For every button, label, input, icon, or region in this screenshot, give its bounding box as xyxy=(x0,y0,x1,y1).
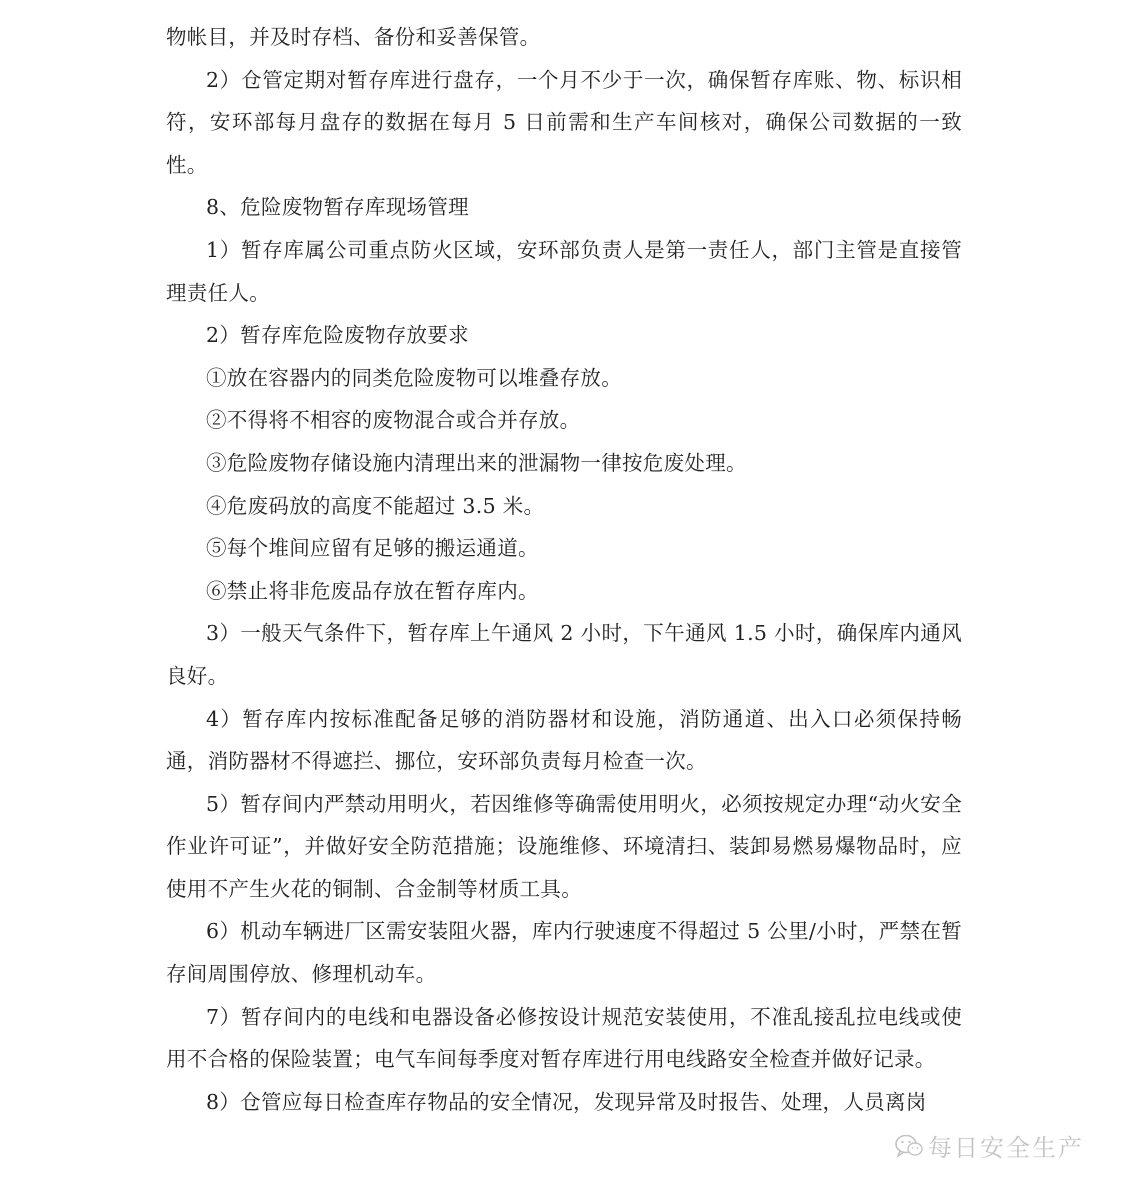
list-item-2: ②不得将不相容的废物混合或合并存放。 xyxy=(166,399,962,442)
paragraph-vehicles: 6）机动车辆进厂区需安装阻火器，库内行驶速度不得超过 5 公里/小时，严禁在暂存… xyxy=(166,910,962,995)
list-item-3: ③危险废物存储设施内清理出来的泄漏物一律按危废处理。 xyxy=(166,442,962,485)
section-heading-8: 8、危险废物暂存库现场管理 xyxy=(166,186,962,229)
watermark-text: 每日安全生产 xyxy=(928,1128,1084,1163)
document-page: 物帐目，并及时存档、备份和妥善保管。 2）仓管定期对暂存库进行盘存，一个月不少于… xyxy=(166,16,962,1123)
paragraph-inventory-check: 2）仓管定期对暂存库进行盘存，一个月不少于一次，确保暂存库账、物、标识相符，安环… xyxy=(166,59,962,187)
list-item-1: ①放在容器内的同类危险废物可以堆叠存放。 xyxy=(166,357,962,400)
list-item-5: ⑤每个堆间应留有足够的搬运通道。 xyxy=(166,527,962,570)
paragraph-open-flame: 5）暂存间内严禁动用明火，若因维修等确需使用明火，必须按规定办理“动火安全作业许… xyxy=(166,783,962,911)
watermark: 每日安全生产 xyxy=(894,1128,1084,1163)
wechat-icon xyxy=(894,1133,924,1159)
paragraph-daily-check: 8）仓管应每日检查库存物品的安全情况，发现异常及时报告、处理，人员离岗 xyxy=(166,1081,962,1124)
paragraph-storage-requirements: 2）暂存库危险废物存放要求 xyxy=(166,314,962,357)
list-item-6: ⑥禁止将非危废品存放在暂存库内。 xyxy=(166,570,962,613)
paragraph-fire-equipment: 4）暂存库内按标准配备足够的消防器材和设施，消防通道、出入口必须保持畅通，消防器… xyxy=(166,698,962,783)
paragraph-fire-zone: 1）暂存库属公司重点防火区域，安环部负责人是第一责任人，部门主管是直接管理责任人… xyxy=(166,229,962,314)
paragraph-electrical: 7）暂存间内的电线和电器设备必修按设计规范安装使用，不准乱接乱拉电线或使用不合格… xyxy=(166,996,962,1081)
list-item-4: ④危废码放的高度不能超过 3.5 米。 xyxy=(166,485,962,528)
paragraph-ventilation: 3）一般天气条件下，暂存库上午通风 2 小时，下午通风 1.5 小时，确保库内通… xyxy=(166,612,962,697)
paragraph-continuation: 物帐目，并及时存档、备份和妥善保管。 xyxy=(166,16,962,59)
